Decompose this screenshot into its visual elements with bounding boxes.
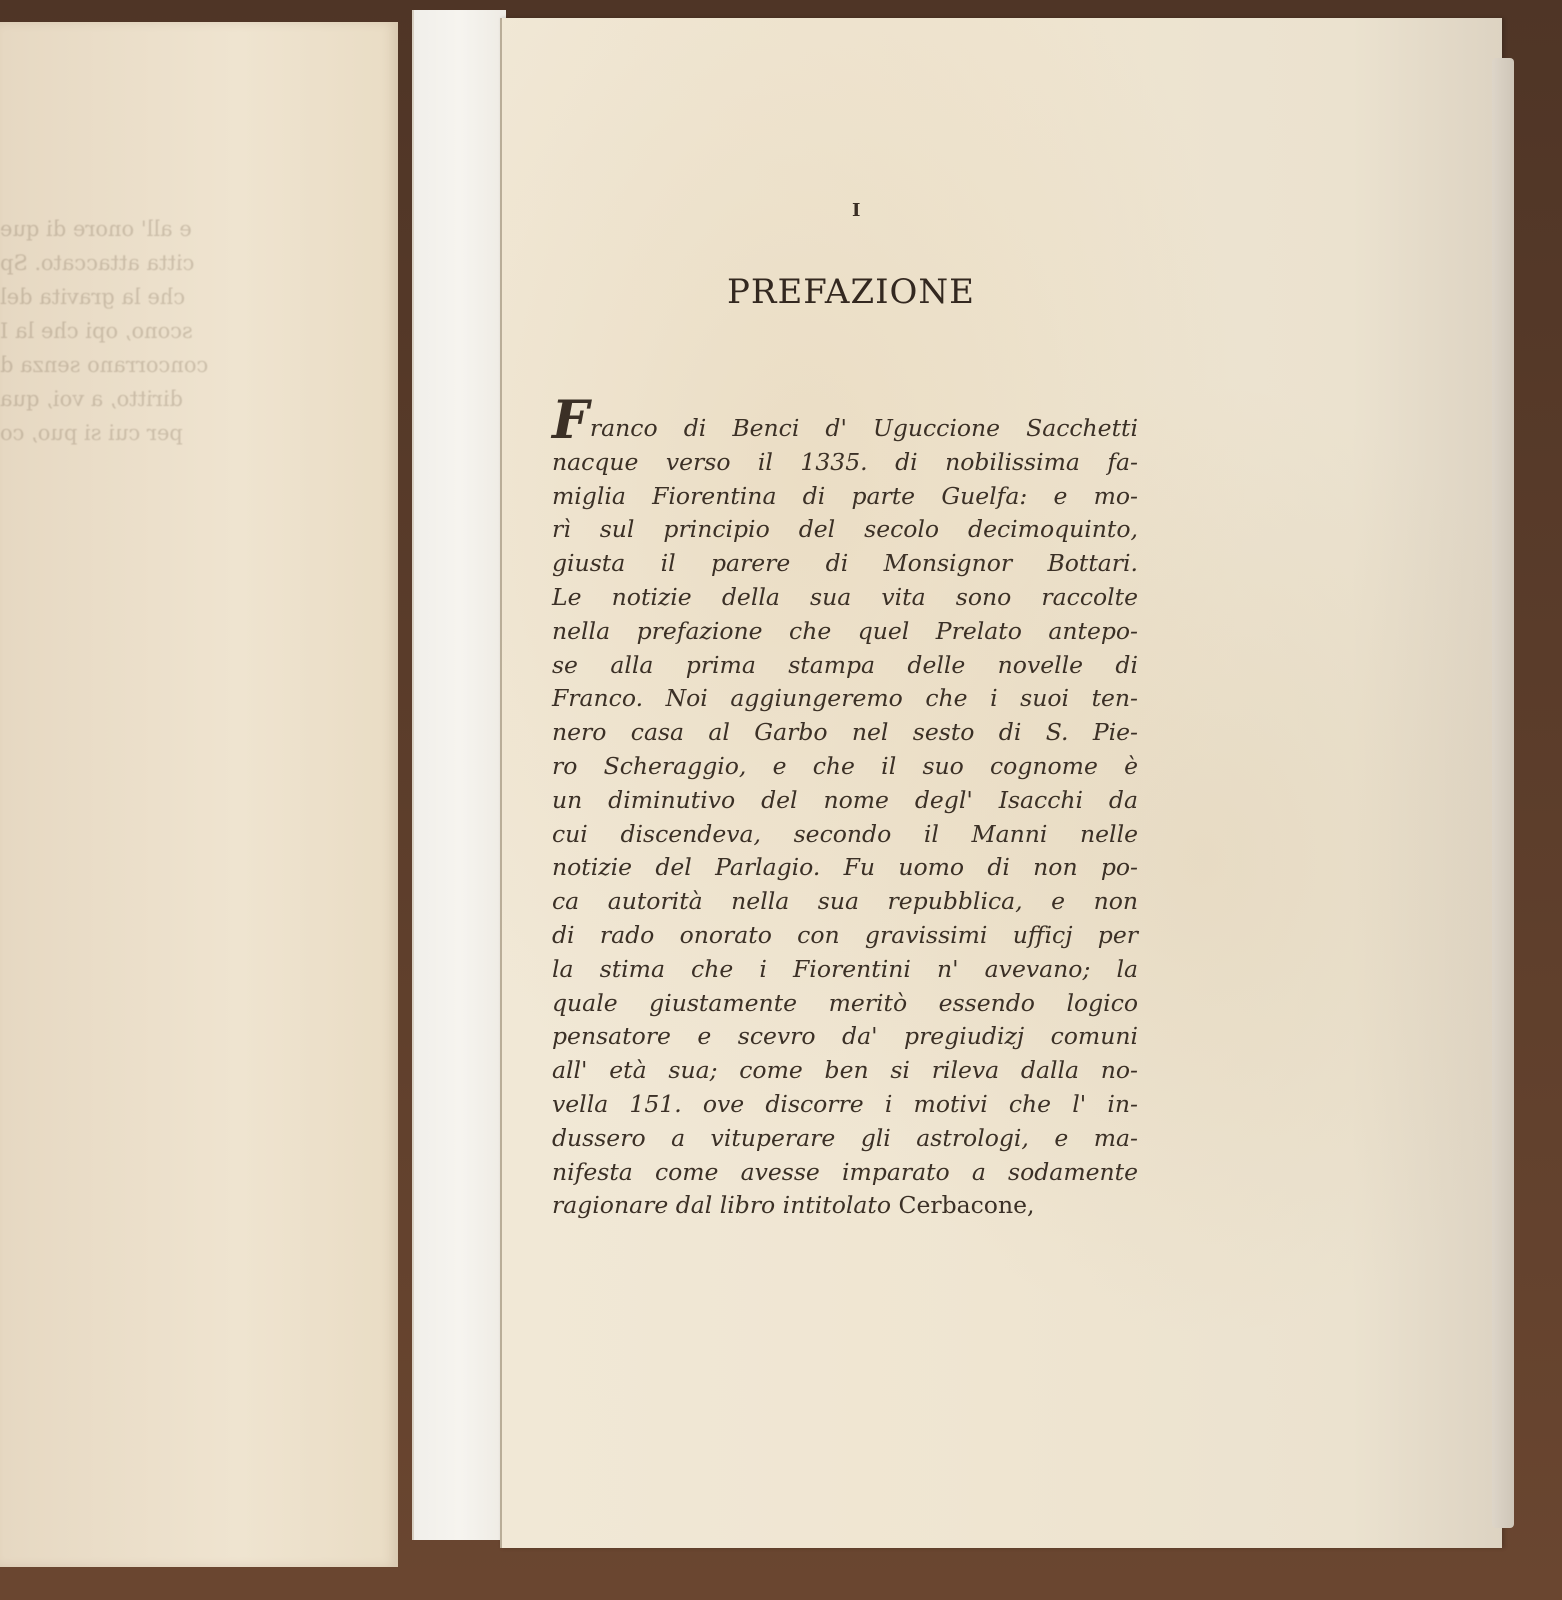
text-line: cui discendeva, secondo il Manni nelle <box>552 818 1138 852</box>
text-line: all' età sua; come ben si rileva dalla n… <box>552 1054 1138 1088</box>
bleed-line: concorrano senza d <box>0 348 300 382</box>
preface-body: Franco di Benci d' Uguccione Sacchetti n… <box>552 406 1138 1223</box>
page-number: I <box>852 200 860 221</box>
bleed-line: per cui si puo, co <box>0 416 300 450</box>
text-line: nacque verso il 1335. di nobilissima fa- <box>552 446 1138 480</box>
text-line: quale giustamente meritò essendo logico <box>552 987 1138 1021</box>
text-line: Le notizie della sua vita sono raccolte <box>552 581 1138 615</box>
left-page: e all' onore di que citta attaccato. Sp … <box>0 22 398 1567</box>
bleed-line: scono, opi che la I <box>0 314 300 348</box>
text-line-content: ranco di Benci d' Uguccione Sacchetti <box>590 414 1138 442</box>
text-line: giusta il parere di Monsignor Bottari. <box>552 547 1138 581</box>
text-line: notizie del Parlagio. Fu uomo di non po- <box>552 851 1138 885</box>
drop-cap: F <box>552 390 589 451</box>
page-title: PREFAZIONE <box>0 272 1562 312</box>
text-line-content: ragionare dal libro intitolato <box>552 1191 898 1219</box>
text-line: nifesta come avesse imparato a sodamente <box>552 1156 1138 1190</box>
text-line: un diminutivo del nome degl' Isacchi da <box>552 784 1138 818</box>
text-line: se alla prima stampa delle novelle di <box>552 649 1138 683</box>
book-title-cerbacone: Cerbacone, <box>898 1191 1034 1219</box>
bleed-line: e all' onore di que <box>0 212 300 246</box>
text-line: rì sul principio del secolo decimoquinto… <box>552 513 1138 547</box>
text-line: di rado onorato con gravissimi ufficj pe… <box>552 919 1138 953</box>
text-line: Franco di Benci d' Uguccione Sacchetti <box>552 406 1138 446</box>
text-line: pensatore e scevro da' pregiudizj comuni <box>552 1020 1138 1054</box>
bleed-line: diritto, a voi, qua <box>0 382 300 416</box>
paper-guard-strip <box>412 10 506 1540</box>
text-line: nero casa al Garbo nel sesto di S. Pie- <box>552 716 1138 750</box>
text-line: ca autorità nella sua repubblica, e non <box>552 885 1138 919</box>
bleed-through-text: e all' onore di que citta attaccato. Sp … <box>0 212 300 450</box>
text-line: la stima che i Fiorentini n' avevano; la <box>552 953 1138 987</box>
text-line: ro Scheraggio, e che il suo cognome è <box>552 750 1138 784</box>
text-line: vella 151. ove discorre i motivi che l' … <box>552 1088 1138 1122</box>
text-line-last: ragionare dal libro intitolato Cerbacone… <box>552 1189 1138 1223</box>
text-line: Franco. Noi aggiungeremo che i suoi ten- <box>552 682 1138 716</box>
text-line: miglia Fiorentina di parte Guelfa: e mo- <box>552 480 1138 514</box>
text-line: dussero a vituperare gli astrologi, e ma… <box>552 1122 1138 1156</box>
text-line: nella prefazione che quel Prelato antepo… <box>552 615 1138 649</box>
